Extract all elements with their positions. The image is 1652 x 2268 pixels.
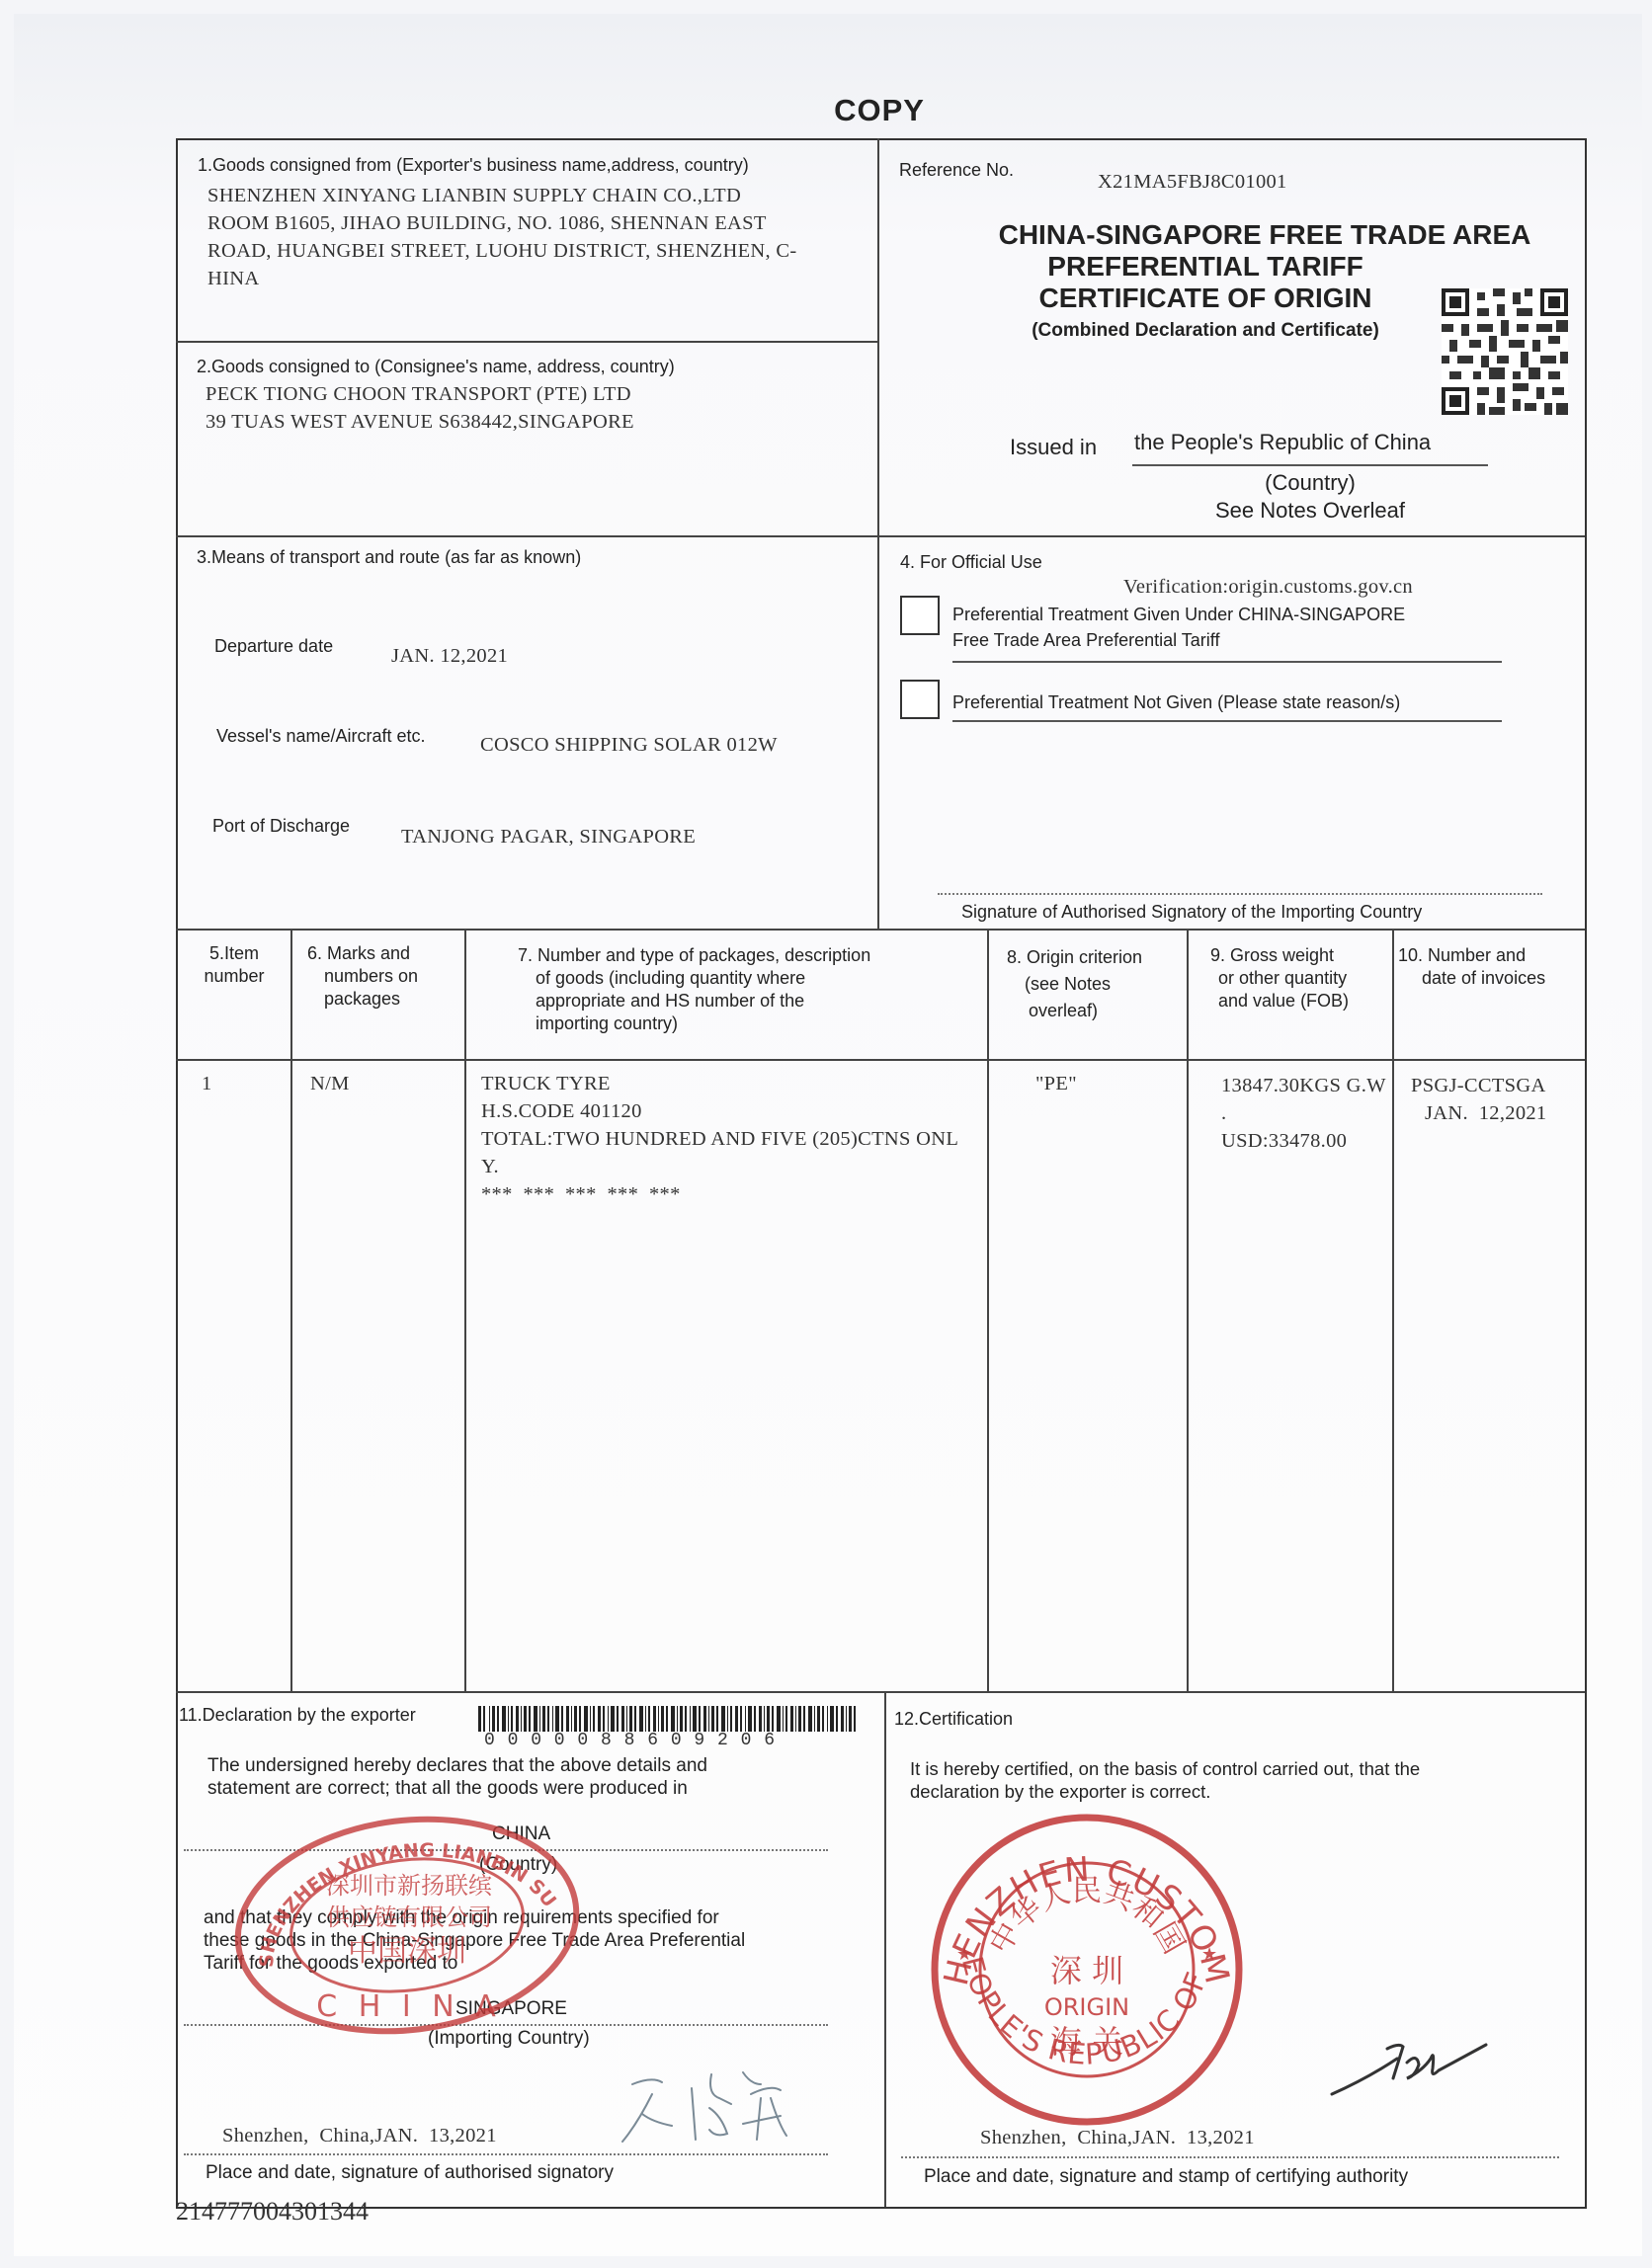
certifying-signature-line	[901, 2156, 1559, 2158]
consignee-line: PECK TIONG CHOON TRANSPORT (PTE) LTD	[206, 380, 634, 408]
header-line: number	[178, 965, 290, 988]
divider-table-bottom	[176, 1691, 1585, 1693]
exporter-signature-caption: Place and date, signature of authorised …	[206, 2161, 614, 2184]
box12-label: 12.Certification	[894, 1708, 1013, 1731]
consignee-line: 39 TUAS WEST AVENUE S638442,SINGAPORE	[206, 408, 634, 436]
col-divider-5-6	[290, 929, 292, 1691]
exporter-line: ROOM B1605, JIHAO BUILDING, NO. 1086, SH…	[207, 209, 796, 237]
preferential-not-given-underline	[952, 720, 1502, 722]
header-line: 6. Marks and	[307, 942, 418, 965]
departure-date-value: JAN. 12,2021	[391, 642, 508, 670]
invoice-number: PSGJ-CCTSGA	[1411, 1072, 1547, 1099]
importing-signature-line	[938, 893, 1542, 895]
svg-text:海 关: 海 关	[1050, 2023, 1123, 2061]
col-divider-6-7	[464, 929, 466, 1691]
origin-criterion: "PE"	[1035, 1070, 1077, 1097]
col-divider-8-9	[1187, 929, 1189, 1691]
certification-text: It is hereby certified, on the basis of …	[910, 1757, 1420, 1803]
svg-text:★: ★	[1201, 1944, 1217, 1965]
exporter-address: SHENZHEN XINYANG LIANBIN SUPPLY CHAIN CO…	[207, 182, 796, 292]
serial-number: 214777004301344	[176, 2197, 369, 2227]
departure-date-label: Departure date	[214, 635, 333, 658]
header-line: date of invoices	[1398, 967, 1545, 990]
declaration-text-1: The undersigned hereby declares that the…	[207, 1754, 707, 1800]
divider-box11-box12	[884, 1691, 886, 2207]
header-line: 5.Item	[178, 942, 290, 965]
certification-line: It is hereby certified, on the basis of …	[910, 1757, 1420, 1780]
verification-url: Verification:origin.customs.gov.cn	[1123, 573, 1413, 601]
exporter-signature	[613, 2065, 800, 2147]
see-notes-overleaf: See Notes Overleaf	[1132, 498, 1488, 524]
box3-label: 3.Means of transport and route (as far a…	[197, 546, 581, 569]
description-line: TRUCK TYRE	[481, 1070, 958, 1097]
gross-weight-value: 13847.30KGS G.W . USD:33478.00	[1221, 1072, 1386, 1155]
header-line: packages	[307, 988, 418, 1011]
col7-header: 7. Number and type of packages, descript…	[518, 944, 870, 1035]
divider-box2-box3	[176, 535, 1585, 537]
col10-header: 10. Number and date of invoices	[1398, 944, 1545, 990]
issued-underline	[1132, 464, 1488, 466]
box11-label: 11.Declaration by the exporter	[179, 1704, 416, 1727]
exporter-place-date: Shenzhen, China,JAN. 13,2021	[222, 2122, 497, 2149]
barcode-icon	[478, 1706, 856, 1732]
header-line: and value (FOB)	[1210, 990, 1349, 1012]
header-line: 8. Origin criterion	[1007, 944, 1142, 971]
preferential-not-given-label: Preferential Treatment Not Given (Please…	[952, 691, 1400, 714]
title-line2: PREFERENTIAL TARIFF	[879, 251, 1531, 283]
issued-in-country: the People's Republic of China	[1134, 430, 1431, 455]
svg-text:供应链有限公司: 供应链有限公司	[326, 1903, 492, 1931]
divider-box3-table	[176, 929, 1585, 931]
consignee-address: PECK TIONG CHOON TRANSPORT (PTE) LTD 39 …	[206, 380, 634, 436]
svg-text:★: ★	[956, 1944, 972, 1965]
country-caption: (Country)	[1132, 470, 1488, 496]
svg-text:ORIGIN: ORIGIN	[1044, 1993, 1129, 2021]
invoice-info: PSGJ-CCTSGA JAN. 12,2021	[1411, 1072, 1547, 1127]
preferential-given-line1: Preferential Treatment Given Under CHINA…	[952, 604, 1405, 626]
header-line: (see Notes	[1007, 971, 1142, 998]
svg-text:深圳市新扬联缤: 深圳市新扬联缤	[326, 1872, 492, 1900]
description-line: Y.	[481, 1153, 958, 1180]
preferential-given-underline	[952, 661, 1502, 663]
item-number: 1	[202, 1070, 212, 1097]
certifying-signature	[1328, 2019, 1516, 2098]
svg-text:中国深圳: 中国深圳	[348, 1934, 466, 1969]
description-line: TOTAL:TWO HUNDRED AND FIVE (205)CTNS ONL	[481, 1125, 958, 1153]
header-line: of goods (including quantity where	[518, 967, 870, 990]
header-line: 7. Number and type of packages, descript…	[518, 944, 870, 967]
col8-header: 8. Origin criterion (see Notes overleaf)	[1007, 944, 1142, 1024]
weight-line: .	[1221, 1099, 1386, 1127]
header-line: 10. Number and	[1398, 944, 1545, 967]
description-line: *** *** *** *** ***	[481, 1180, 958, 1208]
box4-label: 4. For Official Use	[900, 551, 1042, 574]
header-line: 9. Gross weight	[1210, 944, 1349, 967]
header-line: numbers on	[307, 965, 418, 988]
description-line: H.S.CODE 401120	[481, 1097, 958, 1125]
certification-line: declaration by the exporter is correct.	[910, 1780, 1420, 1803]
barcode-number: 0 0 0 0 0 8 8 6 0 9 2 0 6	[484, 1731, 776, 1750]
goods-description: TRUCK TYRE H.S.CODE 401120 TOTAL:TWO HUN…	[481, 1070, 958, 1208]
box1-label: 1.Goods consigned from (Exporter's busin…	[198, 154, 749, 177]
copy-label: COPY	[0, 93, 1652, 128]
header-line: appropriate and HS number of the	[518, 990, 870, 1012]
certifying-place-date: Shenzhen, China,JAN. 13,2021	[980, 2124, 1255, 2151]
exporter-line: SHENZHEN XINYANG LIANBIN SUPPLY CHAIN CO…	[207, 182, 796, 209]
divider-table-header	[176, 1059, 1585, 1061]
weight-line: USD:33478.00	[1221, 1127, 1386, 1155]
certifying-signature-caption: Place and date, signature and stamp of c…	[924, 2165, 1408, 2188]
weight-line: 13847.30KGS G.W	[1221, 1072, 1386, 1099]
svg-text:C H I N A: C H I N A	[316, 1989, 501, 2024]
port-of-discharge-label: Port of Discharge	[212, 815, 350, 838]
title-line1: CHINA-SINGAPORE FREE TRADE AREA	[879, 219, 1650, 251]
customs-stamp: SHENZHEN CUSTOMS THE PEOPLE'S REPUBLIC O…	[929, 1812, 1245, 2128]
declaration-line: statement are correct; that all the good…	[207, 1777, 707, 1800]
port-of-discharge-value: TANJONG PAGAR, SINGAPORE	[401, 823, 696, 850]
preferential-given-line2: Free Trade Area Preferential Tariff	[952, 629, 1219, 652]
reference-number: X21MA5FBJ8C01001	[1098, 168, 1287, 196]
col5-header: 5.Item number	[178, 942, 290, 988]
col9-header: 9. Gross weight or other quantity and va…	[1210, 944, 1349, 1012]
exporter-company-stamp: SHENZHEN XINYANG LIANBIN SUPPLY CHAIN CO…	[229, 1813, 585, 2038]
header-line: importing country)	[518, 1012, 870, 1035]
box2-label: 2.Goods consigned to (Consignee's name, …	[197, 356, 675, 378]
vessel-label: Vessel's name/Aircraft etc.	[216, 725, 426, 748]
declaration-line: The undersigned hereby declares that the…	[207, 1754, 707, 1777]
preferential-given-checkbox[interactable]	[900, 596, 940, 635]
exporter-line: HINA	[207, 265, 796, 292]
exporter-signature-line	[184, 2153, 828, 2155]
vessel-value: COSCO SHIPPING SOLAR 012W	[480, 731, 778, 759]
divider-box1-box2	[176, 341, 879, 343]
header-line: overleaf)	[1007, 998, 1142, 1024]
title-line4: (Combined Declaration and Certificate)	[879, 320, 1531, 342]
col-divider-7-8	[987, 929, 989, 1691]
invoice-date: JAN. 12,2021	[1411, 1099, 1547, 1127]
reference-label: Reference No.	[899, 159, 1014, 182]
svg-text:深 圳: 深 圳	[1050, 1952, 1123, 1989]
col6-header: 6. Marks and numbers on packages	[307, 942, 418, 1011]
issued-in-label: Issued in	[1010, 435, 1097, 460]
importing-signature-caption: Signature of Authorised Signatory of the…	[961, 901, 1422, 924]
qr-code-icon	[1442, 288, 1568, 415]
preferential-not-given-checkbox[interactable]	[900, 680, 940, 719]
exporter-line: ROAD, HUANGBEI STREET, LUOHU DISTRICT, S…	[207, 237, 796, 265]
title-line3: CERTIFICATE OF ORIGIN	[879, 283, 1531, 314]
header-line: or other quantity	[1210, 967, 1349, 990]
marks-numbers: N/M	[310, 1070, 350, 1097]
col-divider-9-10	[1392, 929, 1394, 1691]
